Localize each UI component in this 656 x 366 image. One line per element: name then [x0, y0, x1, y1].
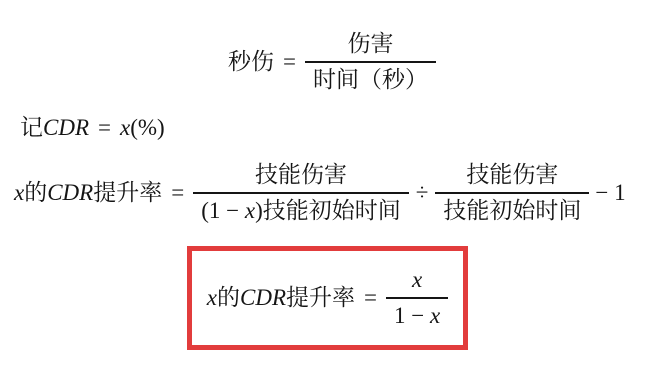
cdr-variable: CDR: [240, 285, 286, 310]
x-variable: x: [120, 114, 130, 142]
dps-fraction: 伤害 时间（秒）: [305, 30, 436, 93]
equals-sign: =: [364, 284, 377, 312]
one-minus-text: 1 −: [394, 303, 430, 328]
frac2-denominator: 技能初始时间: [435, 194, 589, 225]
paren-open-one-minus: (1 −: [201, 198, 245, 223]
frac2-numerator: 技能伤害: [435, 161, 589, 194]
de-text: 的: [24, 180, 47, 205]
formula-cdr-rate-result: x的CDR提升率 = x 1 − x: [207, 266, 448, 329]
base-cooldown-fraction: 技能伤害 技能初始时间: [435, 161, 589, 224]
frac1-denominator: (1 − x)技能初始时间: [193, 194, 409, 225]
formula-cdr-definition: 记 CDR = x (%): [20, 114, 165, 142]
cdr-rate-lhs: x的CDR提升率: [14, 179, 162, 207]
x-variable: x: [245, 198, 255, 223]
minus-one: − 1: [595, 179, 625, 207]
result-denominator: 1 − x: [386, 299, 448, 330]
result-fraction: x 1 − x: [386, 266, 448, 329]
cdr-variable: CDR: [43, 114, 89, 142]
equals-sign: =: [98, 114, 111, 142]
x-variable: x: [207, 285, 217, 310]
rate-text: 提升率: [93, 180, 162, 205]
rate-text: 提升率: [286, 285, 355, 310]
divide-sign: ÷: [416, 179, 429, 207]
result-numerator: x: [386, 266, 448, 299]
equals-sign: =: [171, 179, 184, 207]
boxed-lhs: x的CDR提升率: [207, 284, 355, 312]
reduced-cooldown-fraction: 技能伤害 (1 − x)技能初始时间: [193, 161, 409, 224]
percent-suffix: (%): [130, 114, 164, 142]
cdr-def-prefix: 记: [20, 114, 43, 142]
dps-denominator: 时间（秒）: [305, 63, 436, 94]
x-variable: x: [14, 180, 24, 205]
formula-cdr-rate-derivation: x的CDR提升率 = 技能伤害 (1 − x)技能初始时间 ÷ 技能伤害 技能初…: [14, 161, 626, 224]
dps-numerator: 伤害: [305, 30, 436, 63]
formula-dps: 秒伤 = 伤害 时间（秒）: [228, 30, 436, 93]
frac1-numerator: 技能伤害: [193, 161, 409, 194]
cdr-variable: CDR: [47, 180, 93, 205]
x-variable: x: [430, 303, 440, 328]
equals-sign: =: [283, 48, 296, 76]
paren-close-base-time: )技能初始时间: [255, 198, 401, 223]
highlight-box: x的CDR提升率 = x 1 − x: [187, 246, 468, 350]
de-text: 的: [217, 285, 240, 310]
dps-lhs-label: 秒伤: [228, 48, 274, 76]
